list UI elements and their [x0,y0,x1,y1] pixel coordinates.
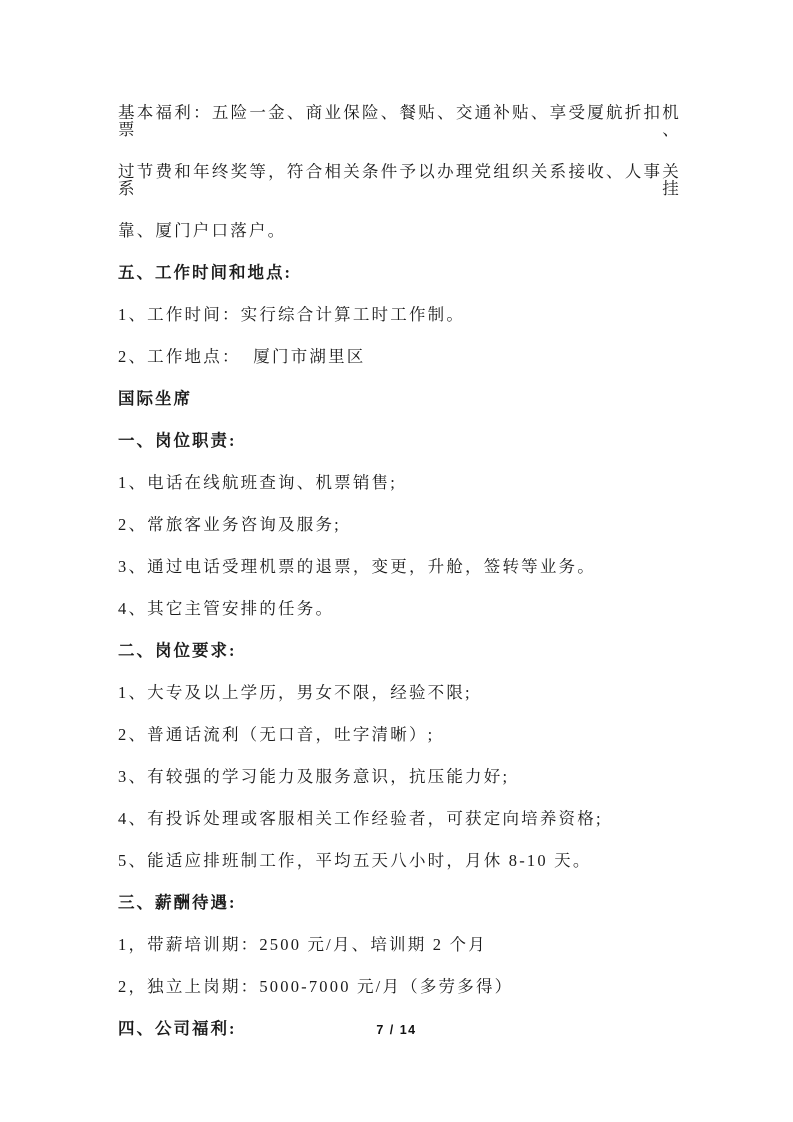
list-item: 3、通过电话受理机票的退票，变更，升舱，签转等业务。 [118,558,681,575]
section-heading-responsibilities: 一、岗位职责: [118,432,681,449]
list-item: 1、大专及以上学历，男女不限，经验不限; [118,684,681,701]
list-item: 3、有较强的学习能力及服务意识，抗压能力好; [118,768,681,785]
list-item: 2，独立上岗期：5000-7000 元/月（多劳多得） [118,978,681,995]
list-item: 1、电话在线航班查询、机票销售; [118,474,681,491]
document-page: 基本福利：五险一金、商业保险、餐贴、交通补贴、享受厦航折扣机票、 过节费和年终奖… [0,0,793,1122]
list-item: 2、普通话流利（无口音，吐字清晰）; [118,726,681,743]
section-heading-work-time-location: 五、工作时间和地点: [118,264,681,281]
page-footer: 7 / 14 [0,1023,793,1037]
paragraph-line: 基本福利：五险一金、商业保险、餐贴、交通补贴、享受厦航折扣机票、 [118,104,681,138]
job-title-heading: 国际坐席 [118,390,681,407]
page-number-indicator: 7 / 14 [376,1023,416,1037]
list-item: 1、工作时间：实行综合计算工时工作制。 [118,306,681,323]
section-heading-requirements: 二、岗位要求: [118,642,681,659]
list-item: 2、常旅客业务咨询及服务; [118,516,681,533]
document-content: 基本福利：五险一金、商业保险、餐贴、交通补贴、享受厦航折扣机票、 过节费和年终奖… [118,104,681,1062]
list-item: 4、其它主管安排的任务。 [118,600,681,617]
section-heading-salary: 三、薪酬待遇: [118,894,681,911]
list-item: 4、有投诉处理或客服相关工作经验者，可获定向培养资格; [118,810,681,827]
paragraph-line: 过节费和年终奖等，符合相关条件予以办理党组织关系接收、人事关系挂 [118,163,681,197]
list-item: 2、工作地点： 厦门市湖里区 [118,348,681,365]
list-item: 5、能适应排班制工作，平均五天八小时，月休 8-10 天。 [118,852,681,869]
list-item: 1，带薪培训期：2500 元/月、培训期 2 个月 [118,936,681,953]
paragraph-line: 靠、厦门户口落户。 [118,222,681,239]
